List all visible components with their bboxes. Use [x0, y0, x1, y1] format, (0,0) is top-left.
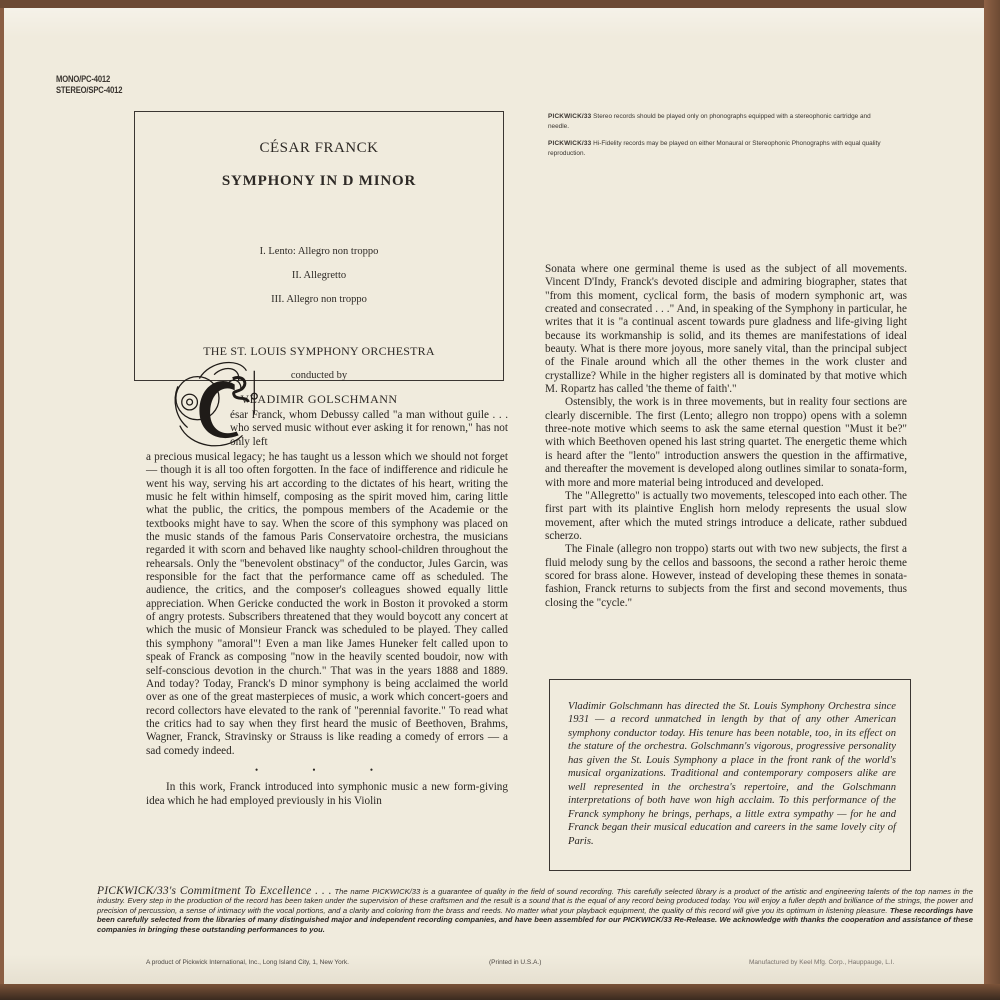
right-paragraph-1: Sonata where one germinal theme is used …	[545, 263, 907, 396]
manufacturer-credit: Manufactured by Keel Mfg. Corp., Hauppau…	[749, 959, 894, 966]
printed-in-label: (Printed in U.S.A.)	[489, 959, 541, 966]
record-sleeve-back: MONO/PC-4012 STEREO/SPC-4012 CÉSAR FRANC…	[0, 0, 1000, 1000]
section-separator: • • •	[146, 764, 508, 777]
notice-brand: PICKWICK/33	[548, 140, 591, 147]
sleeve-top-edge	[0, 0, 1000, 8]
catalog-mono: MONO/PC-4012	[56, 74, 122, 85]
commitment-heading: PICKWICK/33's Commitment To Excellence .…	[97, 885, 332, 897]
movement-2: II. Allegretto	[135, 270, 503, 281]
movement-3: III. Allegro non troppo	[135, 294, 503, 305]
left-paragraph-1: a precious musical legacy; he has taught…	[146, 451, 508, 758]
stereo-notice: PICKWICK/33 Stereo records should be pla…	[548, 112, 888, 132]
right-paragraph-4: The Finale (allegro non troppo) starts o…	[545, 543, 907, 610]
commitment-statement: PICKWICK/33's Commitment To Excellence .…	[97, 887, 973, 934]
movement-1: I. Lento: Allegro non troppo	[135, 246, 503, 257]
right-paragraph-3: The "Allegretto" is actually two movemen…	[545, 490, 907, 543]
notice-text: Hi-Fidelity records may be played on eit…	[548, 140, 881, 157]
conductor-bio-box: Vladimir Golschmann has directed the St.…	[549, 679, 911, 871]
liner-notes-right-column: Sonata where one germinal theme is used …	[545, 263, 907, 610]
notice-brand: PICKWICK/33	[548, 113, 591, 120]
right-paragraph-2: Ostensibly, the work is in three movemen…	[545, 396, 907, 489]
left-paragraph-2: In this work, Franck introduced into sym…	[146, 781, 508, 808]
catalog-numbers: MONO/PC-4012 STEREO/SPC-4012	[56, 74, 134, 96]
title-box: CÉSAR FRANCK SYMPHONY IN D MINOR I. Lent…	[134, 111, 504, 381]
liner-notes-left-column: a precious musical legacy; he has taught…	[146, 451, 508, 808]
album-back-cover: MONO/PC-4012 STEREO/SPC-4012 CÉSAR FRANC…	[4, 8, 984, 984]
hifi-notice: PICKWICK/33 Hi-Fidelity records may be p…	[548, 139, 888, 159]
composer-name: CÉSAR FRANCK	[135, 140, 503, 157]
catalog-stereo: STEREO/SPC-4012	[56, 85, 122, 96]
liner-notes-opening: ésar Franck, whom Debussy called "a man …	[230, 409, 508, 449]
sleeve-right-edge	[984, 0, 1000, 1000]
work-title: SYMPHONY IN D MINOR	[135, 173, 503, 190]
opening-text: ésar Franck, whom Debussy called "a man …	[230, 409, 508, 448]
publisher-credit: A product of Pickwick International, Inc…	[146, 959, 349, 966]
notice-text: Stereo records should be played only on …	[548, 113, 871, 130]
conductor-bio-text: Vladimir Golschmann has directed the St.…	[568, 701, 896, 847]
sleeve-bottom-edge	[0, 984, 1000, 1000]
